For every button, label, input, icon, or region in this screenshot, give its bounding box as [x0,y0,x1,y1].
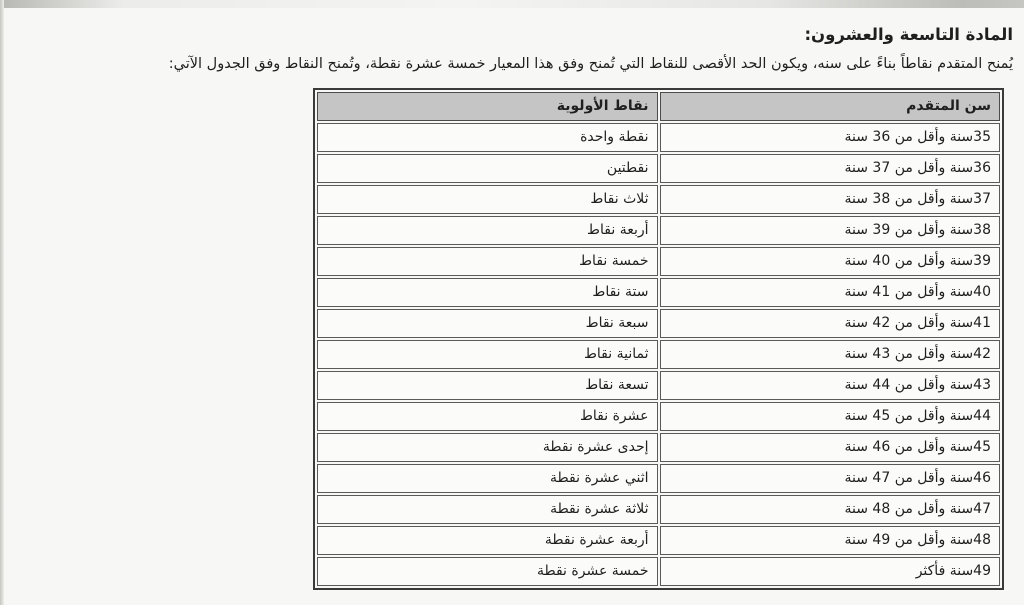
priority-points-cell: أربعة نقاط [317,216,658,245]
priority-points-cell: اثني عشرة نقطة [317,464,658,493]
priority-points-cell: عشرة نقاط [317,402,658,431]
table-row: 36سنة وأقل من 37 سنةنقطتين [317,154,1000,183]
table-row: 40سنة وأقل من 41 سنةستة نقاط [317,278,1000,307]
applicant-age-cell: 38سنة وأقل من 39 سنة [660,216,1001,245]
applicant-age-cell: 36سنة وأقل من 37 سنة [660,154,1001,183]
table-row: 47سنة وأقل من 48 سنةثلاثة عشرة نقطة [317,495,1000,524]
age-points-table: سن المتقدم نقاط الأولوية 35سنة وأقل من 3… [313,88,1004,590]
table-header-row: سن المتقدم نقاط الأولوية [317,92,1000,121]
table-row: 48سنة وأقل من 49 سنةأربعة عشرة نقطة [317,526,1000,555]
table-row: 43سنة وأقل من 44 سنةتسعة نقاط [317,371,1000,400]
scan-edge-left [0,0,4,605]
applicant-age-cell: 42سنة وأقل من 43 سنة [660,340,1001,369]
priority-points-cell: أربعة عشرة نقطة [317,526,658,555]
applicant-age-cell: 43سنة وأقل من 44 سنة [660,371,1001,400]
priority-points-cell: نقطة واحدة [317,123,658,152]
priority-points-cell: تسعة نقاط [317,371,658,400]
table-row: 41سنة وأقل من 42 سنةسبعة نقاط [317,309,1000,338]
table-row: 37سنة وأقل من 38 سنةثلاث نقاط [317,185,1000,214]
points-column-header: نقاط الأولوية [317,92,658,121]
priority-points-cell: خمسة عشرة نقطة [317,557,658,586]
table-body: 35سنة وأقل من 36 سنةنقطة واحدة36سنة وأقل… [317,123,1000,586]
applicant-age-cell: 47سنة وأقل من 48 سنة [660,495,1001,524]
applicant-age-cell: 37سنة وأقل من 38 سنة [660,185,1001,214]
applicant-age-cell: 49سنة فأكثر [660,557,1001,586]
table-row: 44سنة وأقل من 45 سنةعشرة نقاط [317,402,1000,431]
intro-paragraph: يُمنح المتقدم نقاطاً بناءً على سنه، ويكو… [0,54,1013,75]
priority-points-cell: ثلاث نقاط [317,185,658,214]
table-row: 35سنة وأقل من 36 سنةنقطة واحدة [317,123,1000,152]
table-row: 49سنة فأكثرخمسة عشرة نقطة [317,557,1000,586]
applicant-age-cell: 39سنة وأقل من 40 سنة [660,247,1001,276]
priority-points-cell: ثلاثة عشرة نقطة [317,495,658,524]
applicant-age-cell: 45سنة وأقل من 46 سنة [660,433,1001,462]
applicant-age-cell: 35سنة وأقل من 36 سنة [660,123,1001,152]
priority-points-cell: ثمانية نقاط [317,340,658,369]
priority-points-cell: ستة نقاط [317,278,658,307]
table-row: 42سنة وأقل من 43 سنةثمانية نقاط [317,340,1000,369]
priority-points-cell: سبعة نقاط [317,309,658,338]
scanned-document-page: { "document": { "title": "المادة التاسعة… [0,0,1024,605]
applicant-age-cell: 44سنة وأقل من 45 سنة [660,402,1001,431]
applicant-age-cell: 46سنة وأقل من 47 سنة [660,464,1001,493]
table-row: 38سنة وأقل من 39 سنةأربعة نقاط [317,216,1000,245]
table-row: 45سنة وأقل من 46 سنةإحدى عشرة نقطة [317,433,1000,462]
age-column-header: سن المتقدم [660,92,1001,121]
priority-points-cell: إحدى عشرة نقطة [317,433,658,462]
table-row: 46سنة وأقل من 47 سنةاثني عشرة نقطة [317,464,1000,493]
priority-points-cell: خمسة نقاط [317,247,658,276]
applicant-age-cell: 48سنة وأقل من 49 سنة [660,526,1001,555]
article-title: المادة التاسعة والعشرون: [0,24,1013,46]
priority-points-cell: نقطتين [317,154,658,183]
applicant-age-cell: 41سنة وأقل من 42 سنة [660,309,1001,338]
table-row: 39سنة وأقل من 40 سنةخمسة نقاط [317,247,1000,276]
scan-edge-top [0,0,1024,8]
applicant-age-cell: 40سنة وأقل من 41 سنة [660,278,1001,307]
